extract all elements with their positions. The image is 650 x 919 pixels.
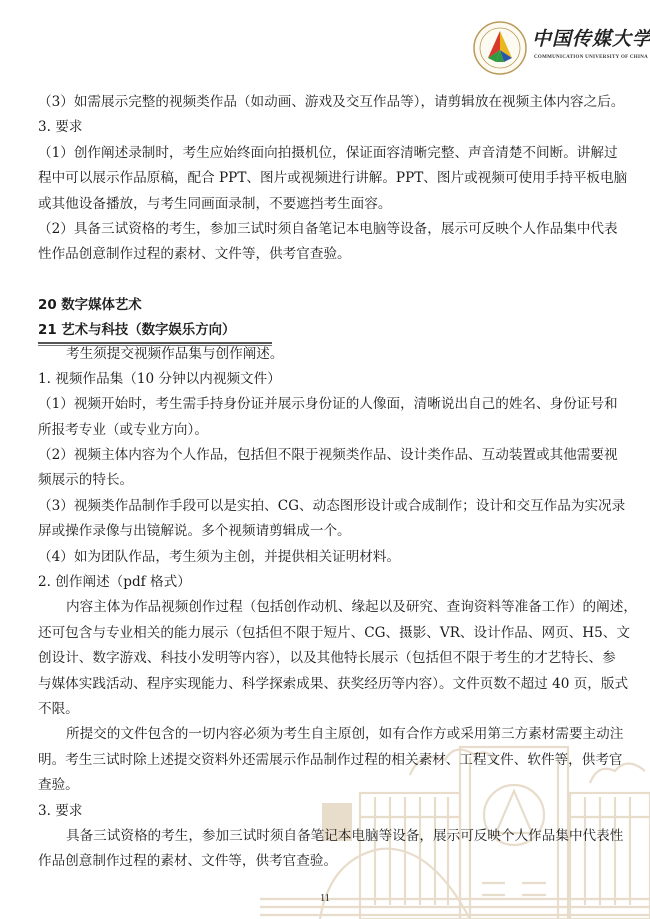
paragraph-line: 程中可以展示作品原稿，配合 PPT、图片或视频进行讲解。PPT、图片或视频可使用… xyxy=(38,166,602,191)
paragraph-line: 还可包含与专业相关的能力展示（包括但不限于短片、CG、摄影、VR、设计作品、网页… xyxy=(38,621,602,646)
paragraph-line: （1）创作阐述录制时，考生应始终面向拍摄机位，保证面容清晰完整、声音清楚不间断。… xyxy=(38,141,602,166)
part3-heading: 3. 要求 xyxy=(38,799,602,824)
paragraph-line: （2）视频主体内容为个人作品，包括但不限于视频类作品、设计类作品、互动装置或其他… xyxy=(38,443,602,468)
paragraph-line: （4）如为团队作品，考生须为主创，并提供相关证明材料。 xyxy=(38,545,602,570)
paragraph-line: 频展示的特长。 xyxy=(38,468,602,493)
paragraph-line: （3）如需展示完整的视频类作品（如动画、游戏及交互作品等），请剪辑放在视频主体内… xyxy=(38,90,602,115)
paragraph-line: （3）视频类作品制作手段可以是实拍、CG、动态图形设计或合成制作；设计和交互作品… xyxy=(38,494,602,519)
paragraph-line: （1）视频开始时，考生需手持身份证并展示身份证的人像面，清晰说出自己的姓名、身份… xyxy=(38,392,602,417)
part1-heading: 1. 视频作品集（10 分钟以内视频文件） xyxy=(38,367,602,392)
paragraph-line: （2）具备三试资格的考生，参加三试时须自备笔记本电脑等设备，展示可反映个人作品集… xyxy=(38,217,602,242)
page-number: 11 xyxy=(0,893,650,904)
paragraph-line: 查验。 xyxy=(38,773,602,798)
university-emblem-icon xyxy=(472,20,528,76)
paragraph-line: 作品创意制作过程的素材、文件等，供考官查验。 xyxy=(38,849,602,874)
logo-english-name: COMMUNICATION UNIVERSITY OF CHINA xyxy=(534,55,648,60)
university-logo: 中国传媒大学 COMMUNICATION UNIVERSITY OF CHINA xyxy=(470,18,630,78)
paragraph-line: 屏或操作录像与出镜解说。多个视频请剪辑成一个。 xyxy=(38,519,602,544)
document-body: （3）如需展示完整的视频类作品（如动画、游戏及交互作品等），请剪辑放在视频主体内… xyxy=(38,90,602,875)
paragraph-line: 明。考生三试时除上述提交资料外还需展示作品制作过程的相关素材、工程文件、软件等，… xyxy=(38,748,602,773)
paragraph-line: 与媒体实践活动、程序实现能力、科学探索成果、获奖经历等内容）。文件页数不超过 4… xyxy=(38,672,602,697)
paragraph-line: 所提交的文件包含的一切内容必须为考生自主原创，如有合作方或采用第三方素材需要主动… xyxy=(38,722,602,747)
logo-chinese-name: 中国传媒大学 xyxy=(532,24,650,51)
paragraph-line: 性作品创意制作过程的素材、文件等，供考官查验。 xyxy=(38,242,602,267)
paragraph-line: 内容主体为作品视频创作过程（包括创作动机、缘起以及研究、查询资料等准备工作）的阐… xyxy=(38,595,602,620)
requirements-heading: 3. 要求 xyxy=(38,115,602,140)
paragraph-line: 所报考专业（或专业方向）。 xyxy=(38,418,602,443)
paragraph-line: 或其他设备播放，与考生同画面录制，不要遮挡考生面容。 xyxy=(38,192,602,217)
paragraph-line: 具备三试资格的考生，参加三试时须自备笔记本电脑等设备，展示可反映个人作品集中代表… xyxy=(38,824,602,849)
paragraph-line: 创设计、数字游戏、科技小发明等内容），以及其他特长展示（包括但不限于考生的才艺特… xyxy=(38,646,602,671)
part2-heading: 2. 创作阐述（pdf 格式） xyxy=(38,570,602,595)
paragraph-line: 不限。 xyxy=(38,697,602,722)
section-20-title: 20 数字媒体艺术 xyxy=(38,293,602,318)
intro-line: 考生须提交视频作品集与创作阐述。 xyxy=(38,342,602,367)
section-21-title: 21 艺术与科技（数字娱乐方向） xyxy=(38,318,602,343)
